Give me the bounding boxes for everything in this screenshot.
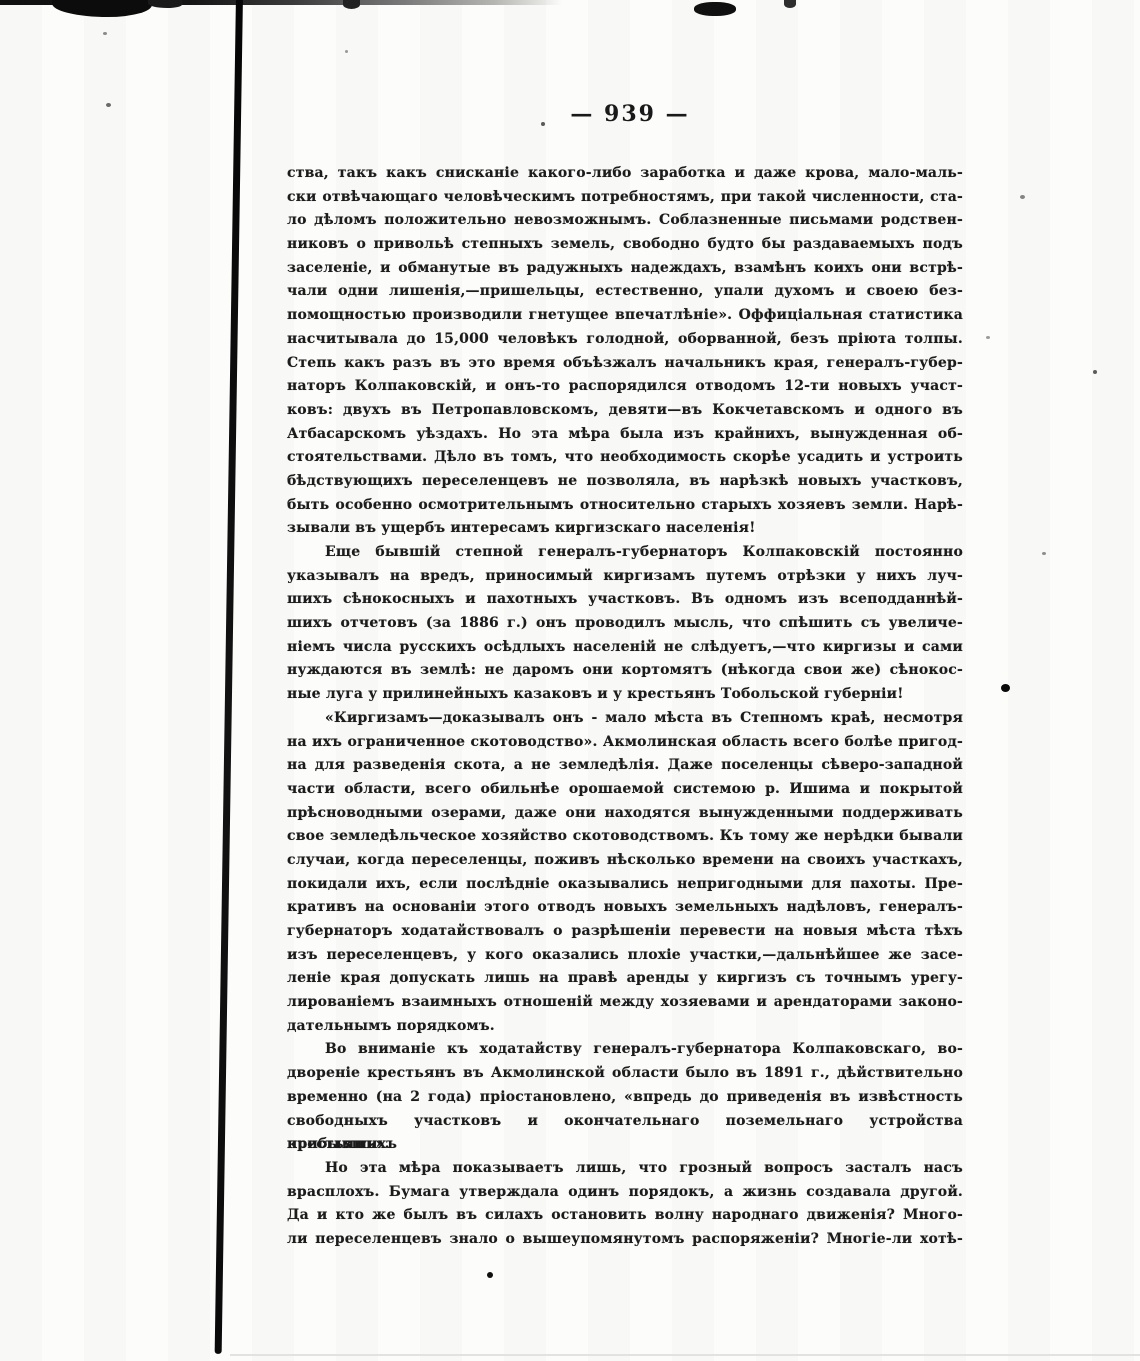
page-text: ства, такъ какъ снисканіе какого-либо за… <box>287 162 963 1252</box>
text-line: части области, всего обильнѣе орошаемой … <box>287 778 963 802</box>
text-line: на ихъ ограниченное скотоводство». Акмол… <box>287 731 963 755</box>
scan-artifact-fold-line <box>215 0 243 1354</box>
text-line: покидали ихъ, если послѣдніе оказывались… <box>287 873 963 897</box>
text-line: наторъ Колпаковскій, и онъ-то распорядил… <box>287 375 963 399</box>
scan-artifact-left-speck-3 <box>345 50 348 53</box>
text-line: губернаторъ ходатайствовалъ о разрѣшеніи… <box>287 920 963 944</box>
text-line: ли переселенцевъ знало о вышеупомянутомъ… <box>287 1228 963 1252</box>
scan-artifact-right-speck-1 <box>1020 195 1025 199</box>
scan-artifact-right-speck-2 <box>1093 370 1097 374</box>
scan-artifact-top-dot-3 <box>784 0 796 8</box>
text-line: ски отвѣчающаго человѣческимъ потребност… <box>287 186 963 210</box>
text-line: быть особенно осмотрительнымъ относитель… <box>287 494 963 518</box>
text-line: временно (на 2 года) пріостановлено, «вп… <box>287 1086 963 1110</box>
scan-artifact-right-speck-3 <box>1042 552 1046 555</box>
text-line: ніемъ числа русскихъ осѣдлыхъ населеній … <box>287 636 963 660</box>
text-line: заселеніе, и обманутые въ радужныхъ наде… <box>287 257 963 281</box>
text-line: ковъ: двухъ въ Петропавловскомъ, девяти—… <box>287 399 963 423</box>
scan-artifact-top-dot-1 <box>343 0 360 9</box>
text-line: кративъ на основаніи этого отводъ новыхъ… <box>287 896 963 920</box>
text-line: врасплохъ. Бумага утверждала одинъ поряд… <box>287 1181 963 1205</box>
text-line: Степь какъ разъ въ это время объѣзжалъ н… <box>287 352 963 376</box>
text-line: насчитывала до 15,000 человѣкъ голодной,… <box>287 328 963 352</box>
text-line: бѣдствующихъ переселенцевъ не позволяла,… <box>287 470 963 494</box>
text-line: чали одни лишенія,—пришельцы, естественн… <box>287 280 963 304</box>
text-line: зывали въ ущербъ интересамъ киргизскаго … <box>287 517 963 541</box>
text-line: леніе края допускать лишь на правѣ аренд… <box>287 967 963 991</box>
page-number: — 939 — <box>540 101 720 127</box>
scan-artifact-right-speck-4 <box>986 336 990 339</box>
text-line: ные луга у прилинейныхъ казаковъ и у кре… <box>287 683 963 707</box>
scan-artifact-left-speck-2 <box>106 103 111 107</box>
text-line: «Киргизамъ—доказывалъ онъ - мало мѣста в… <box>287 707 963 731</box>
text-line: Атбасарскомъ уѣздахъ. Но эта мѣра была и… <box>287 423 963 447</box>
text-line: помощностью производили гнетущее впечатл… <box>287 304 963 328</box>
text-line: Во вниманіе къ ходатайству генералъ-губе… <box>287 1038 963 1062</box>
text-line: двореніе крестьянъ въ Акмолинской област… <box>287 1062 963 1086</box>
text-line: свое земледѣльческое хозяйство скотоводс… <box>287 825 963 849</box>
scan-artifact-left-speck-1 <box>103 32 107 35</box>
text-line: шихъ сѣнокосныхъ и пахотныхъ участковъ. … <box>287 588 963 612</box>
scan-artifact-top-dot-2 <box>694 2 736 16</box>
text-line: нуждаются въ землѣ: не даромъ они кортом… <box>287 659 963 683</box>
scan-artifact-top-band <box>0 0 562 5</box>
text-line: ства, такъ какъ снисканіе какого-либо за… <box>287 162 963 186</box>
text-line: ло дѣломъ положительно невозможнымъ. Соб… <box>287 209 963 233</box>
text-line: Но эта мѣра показываетъ лишь, что грозны… <box>287 1157 963 1181</box>
text-line: прѣсноводными озерами, даже они находятс… <box>287 802 963 826</box>
text-line: крестьянъ». <box>287 1133 963 1157</box>
text-line: на для разведенія скота, а не земледѣлія… <box>287 754 963 778</box>
text-line: указывалъ на вредъ, приносимый киргизамъ… <box>287 565 963 589</box>
text-line: лированіемъ взаимныхъ отношеній между хо… <box>287 991 963 1015</box>
text-line: свободныхъ участковъ и окончательнаго по… <box>287 1110 963 1134</box>
text-line: никовъ о привольѣ степныхъ земель, свобо… <box>287 233 963 257</box>
text-line: стоятельствами. Дѣло въ томъ, что необхо… <box>287 446 963 470</box>
scan-artifact-bottom-dot <box>487 1272 493 1278</box>
text-line: Еще бывшій степной генералъ-губернаторъ … <box>287 541 963 565</box>
text-line: Да и кто же былъ въ силахъ остановить во… <box>287 1204 963 1228</box>
scan-artifact-bottom-line <box>230 1354 1140 1356</box>
text-line: изъ переселенцевъ, у кого оказались плох… <box>287 944 963 968</box>
text-line: случаи, когда переселенцы, поживъ нѣскол… <box>287 849 963 873</box>
text-line: шихъ отчетовъ (за 1886 г.) онъ проводилъ… <box>287 612 963 636</box>
scan-artifact-top-blob-2 <box>148 0 182 8</box>
scanned-book-page: — 939 — ства, такъ какъ снисканіе какого… <box>0 0 1140 1361</box>
scan-artifact-top-blob <box>52 0 152 17</box>
scan-artifact-right-blob <box>1001 684 1010 692</box>
text-line: дательнымъ порядкомъ. <box>287 1015 963 1039</box>
